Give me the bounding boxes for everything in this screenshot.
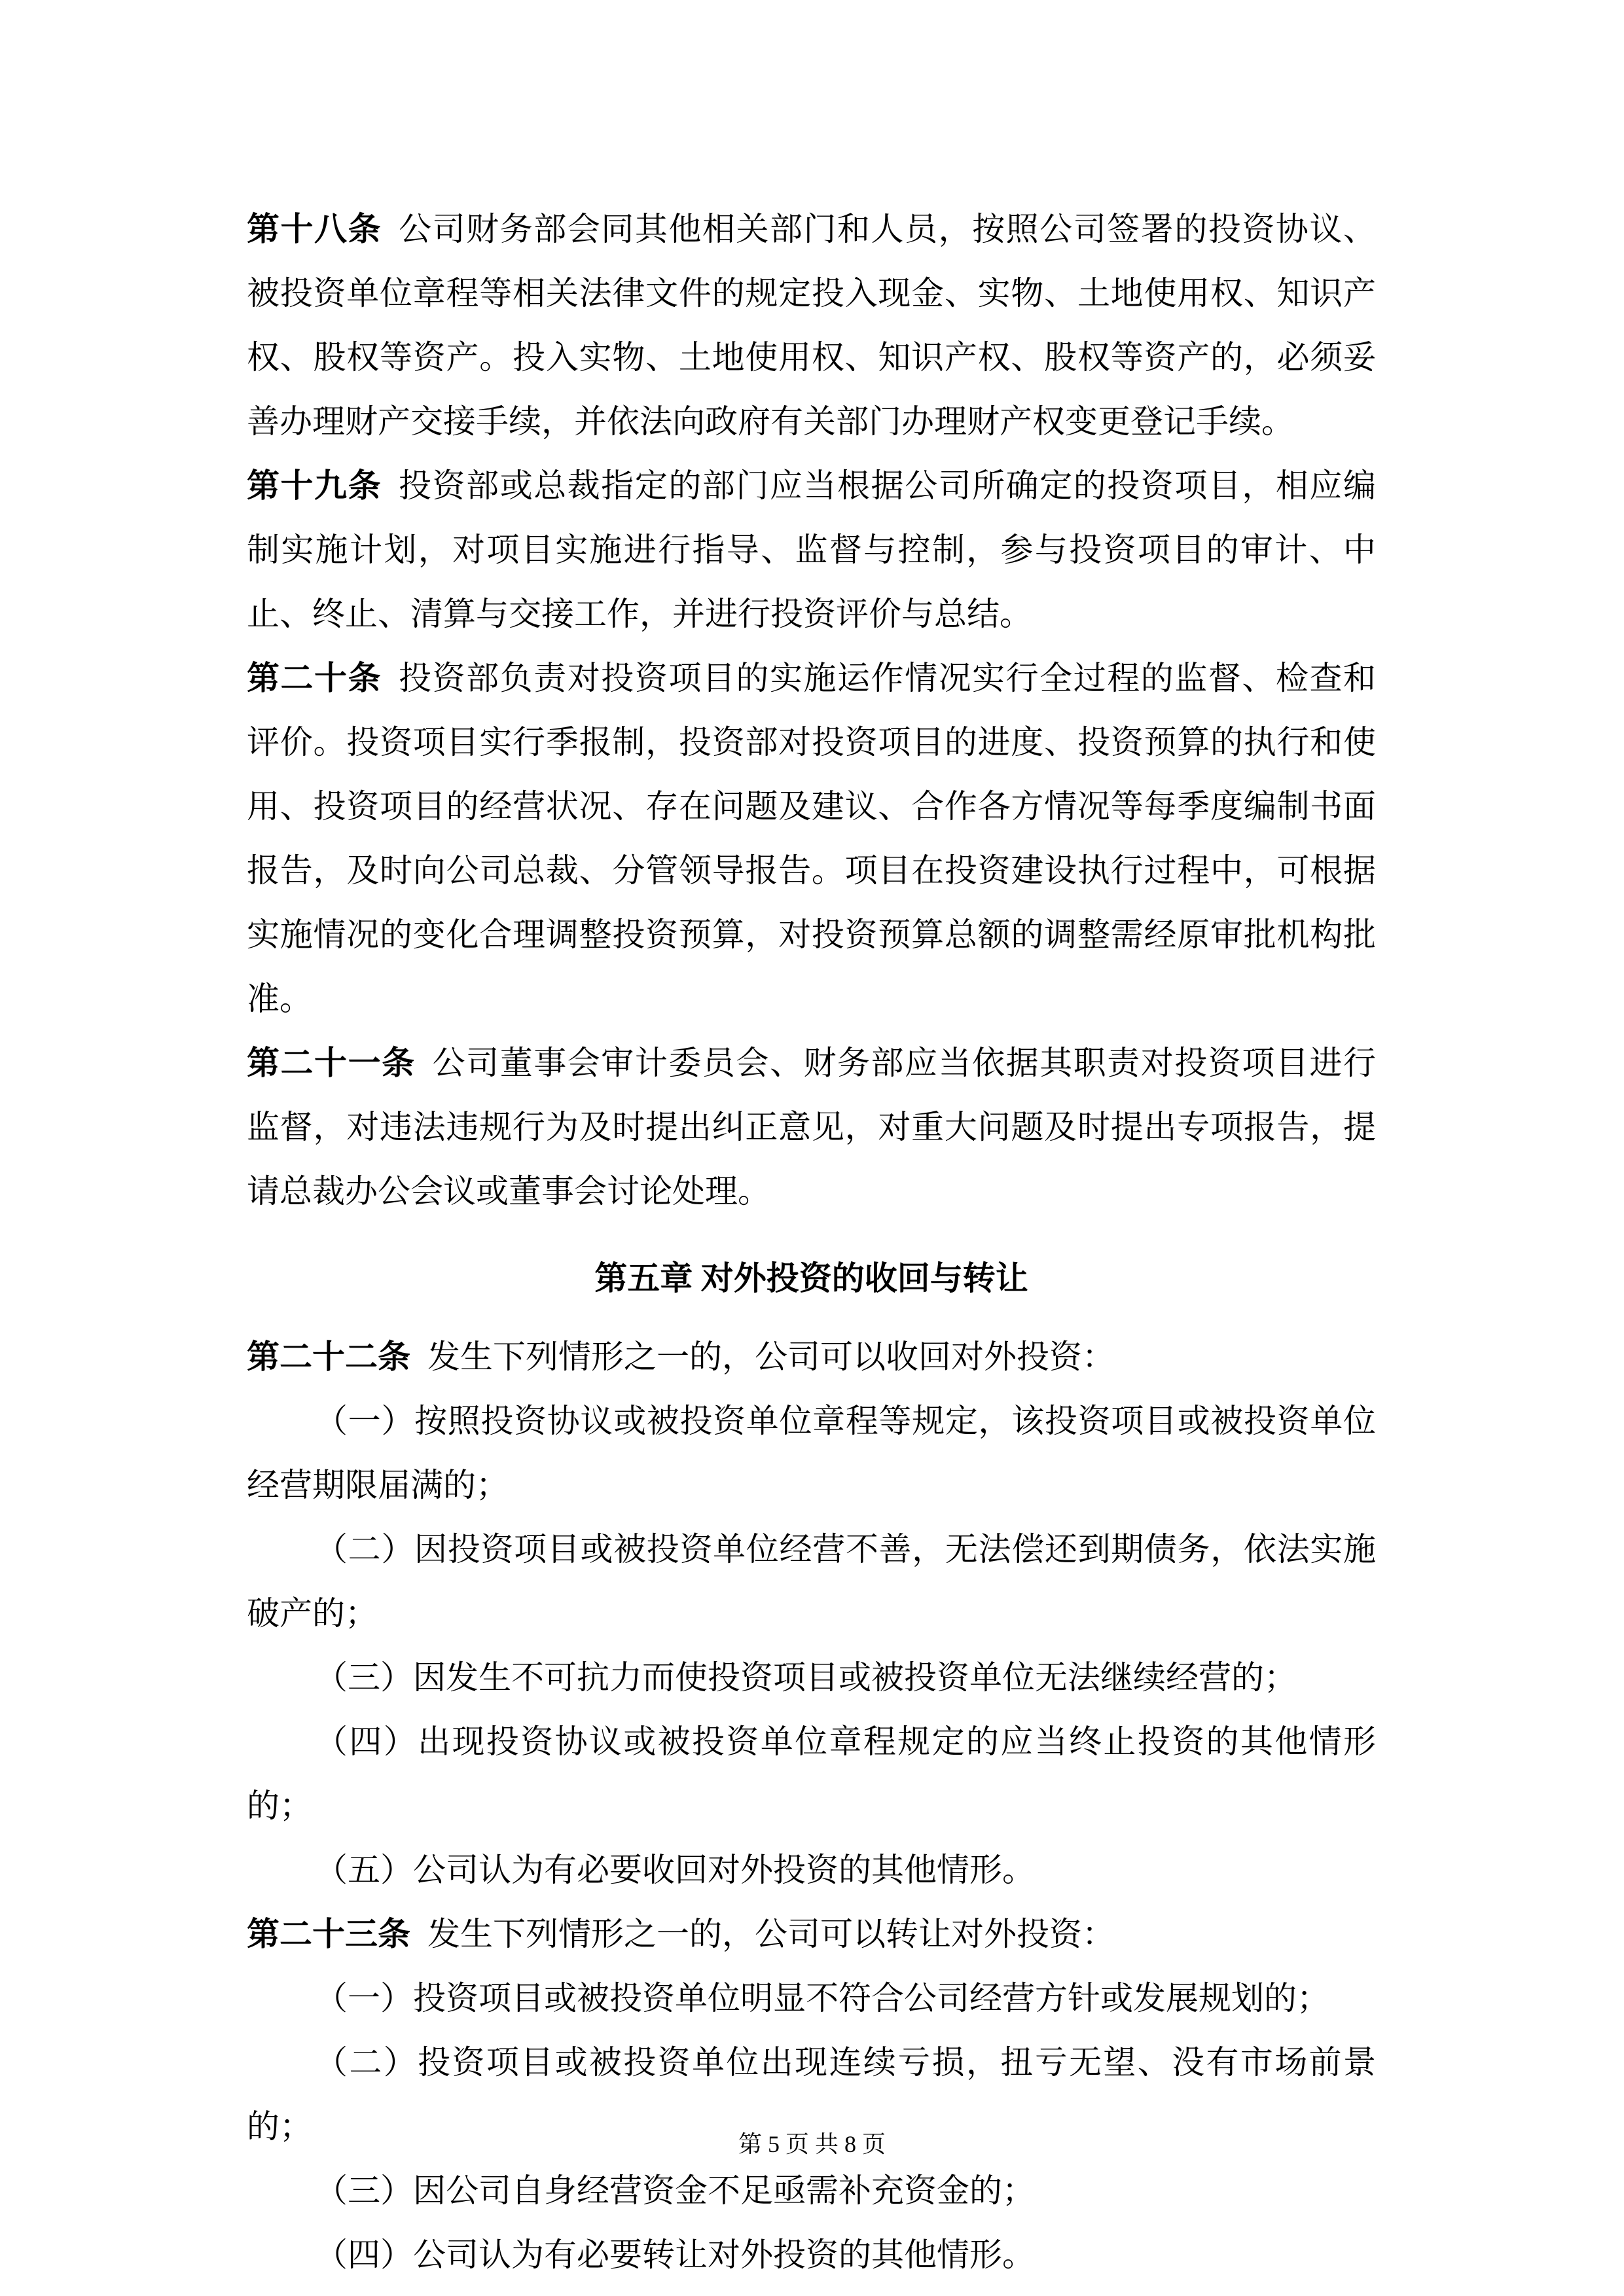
article-20-text: 投资部负责对投资项目的实施运作情况实行全过程的监督、检查和评价。投资项目实行季报… (247, 660, 1376, 1017)
article-19-label: 第十九条 (247, 467, 382, 504)
document-body: 第十八条公司财务部会同其他相关部门和人员，按照公司签署的投资协议、被投资单位章程… (247, 197, 1376, 2287)
page-footer: 第 5 页 共 8 页 (0, 2130, 1624, 2159)
article-18: 第十八条公司财务部会同其他相关部门和人员，按照公司签署的投资协议、被投资单位章程… (247, 197, 1376, 454)
article-22-label: 第二十二条 (247, 1338, 410, 1375)
article-21-text: 公司董事会审计委员会、财务部应当依据其职责对投资项目进行监督，对违法违规行为及时… (247, 1045, 1376, 1210)
article-20: 第二十条投资部负责对投资项目的实施运作情况实行全过程的监督、检查和评价。投资项目… (247, 646, 1376, 1031)
article-23-label: 第二十三条 (247, 1916, 410, 1952)
article-20-label: 第二十条 (247, 660, 382, 696)
article-23-item-3: （三）因公司自身经营资金不足亟需补充资金的； (247, 2159, 1376, 2223)
article-22-text: 发生下列情形之一的，公司可以收回对外投资： (427, 1338, 1115, 1375)
article-23-item-4: （四）公司认为有必要转让对外投资的其他情形。 (247, 2223, 1376, 2287)
article-22-item-2: （二）因投资项目或被投资单位经营不善，无法偿还到期债务，依法实施破产的； (247, 1517, 1376, 1645)
article-18-label: 第十八条 (247, 211, 382, 247)
article-23-item-1: （一）投资项目或被投资单位明显不符合公司经营方针或发展规划的； (247, 1966, 1376, 2030)
article-22-item-3: （三）因发生不可抗力而使投资项目或被投资单位无法继续经营的； (247, 1645, 1376, 1710)
article-22: 第二十二条发生下列情形之一的，公司可以收回对外投资： (247, 1325, 1376, 1389)
chapter-5-heading: 第五章 对外投资的收回与转让 (247, 1246, 1376, 1310)
article-22-item-1: （一）按照投资协议或被投资单位章程等规定，该投资项目或被投资单位经营期限届满的； (247, 1389, 1376, 1517)
article-23-text: 发生下列情形之一的，公司可以转让对外投资： (427, 1916, 1115, 1952)
document-page: 第十八条公司财务部会同其他相关部门和人员，按照公司签署的投资协议、被投资单位章程… (0, 0, 1624, 2296)
article-22-item-4: （四）出现投资协议或被投资单位章程规定的应当终止投资的其他情形的； (247, 1710, 1376, 1838)
article-21-label: 第二十一条 (247, 1045, 416, 1081)
article-23: 第二十三条发生下列情形之一的，公司可以转让对外投资： (247, 1902, 1376, 1966)
article-22-item-5: （五）公司认为有必要收回对外投资的其他情形。 (247, 1838, 1376, 1902)
article-21: 第二十一条公司董事会审计委员会、财务部应当依据其职责对投资项目进行监督，对违法违… (247, 1031, 1376, 1223)
article-18-text: 公司财务部会同其他相关部门和人员，按照公司签署的投资协议、被投资单位章程等相关法… (247, 211, 1376, 440)
article-19: 第十九条投资部或总裁指定的部门应当根据公司所确定的投资项目，相应编制实施计划，对… (247, 454, 1376, 646)
article-19-text: 投资部或总裁指定的部门应当根据公司所确定的投资项目，相应编制实施计划，对项目实施… (247, 467, 1376, 632)
